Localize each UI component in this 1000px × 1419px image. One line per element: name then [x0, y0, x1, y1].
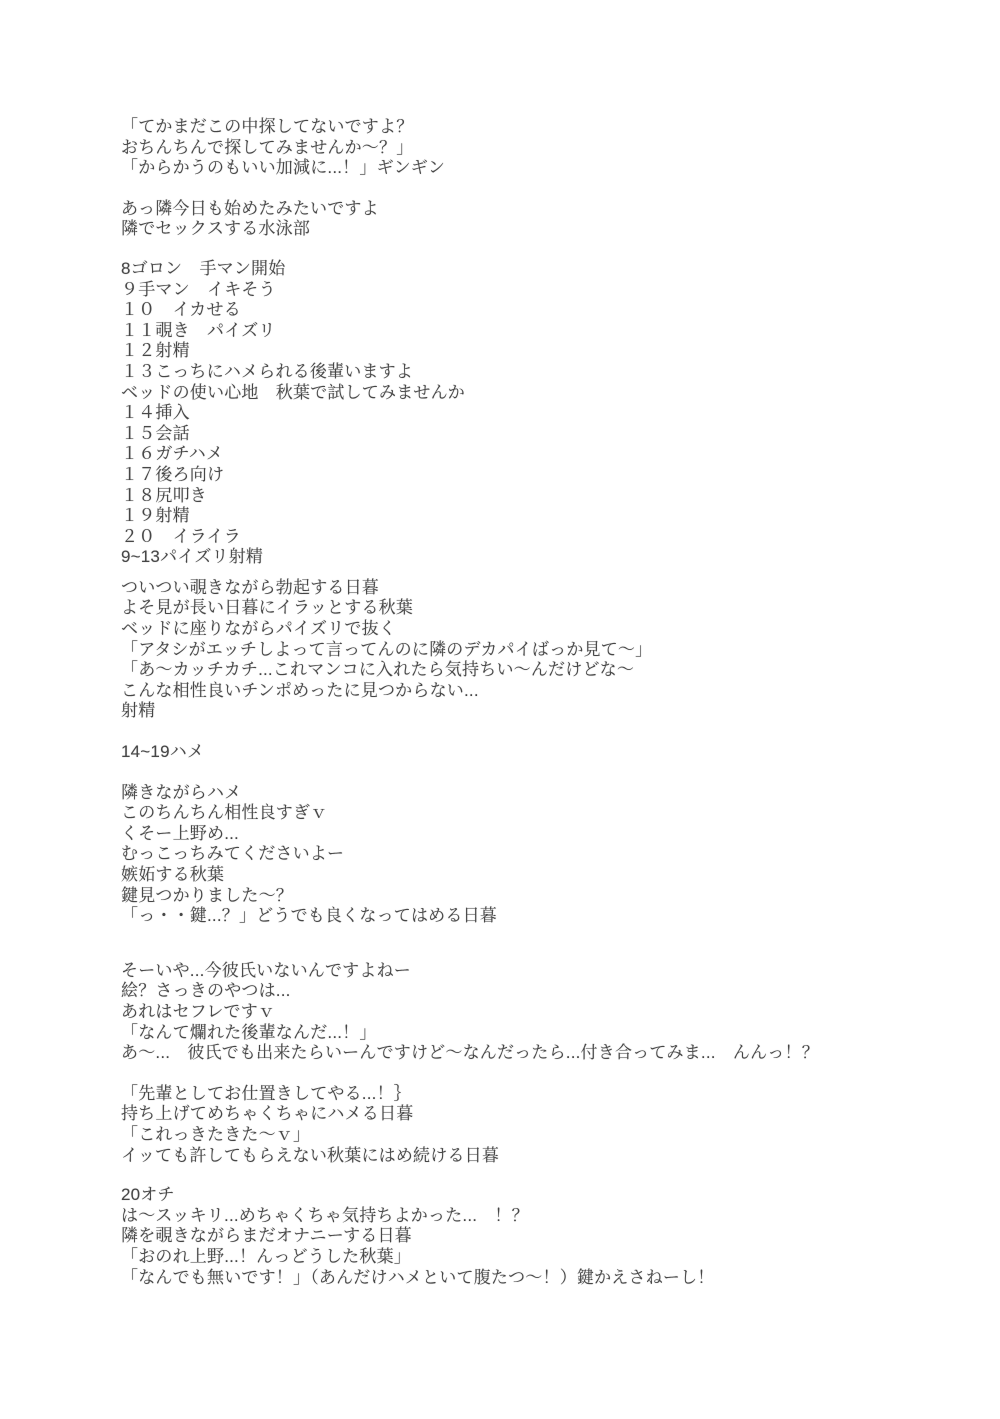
text-line: 「先輩としてお仕置きしてやる...！｝: [121, 1084, 960, 1105]
text-line: は～スッキリ...めちゃくちゃ気持ちよかった... ！？: [121, 1206, 960, 1227]
list-item: １６ガチハメ: [121, 444, 960, 465]
text-line: おちんちんで探してみませんか～？」: [121, 138, 960, 159]
paragraph-boyfriend-talk: そーいや...今彼氏いないんですよねー 絵？さっきのやつは... あれはセフレで…: [121, 961, 960, 1064]
text-line: 射精: [121, 701, 960, 722]
list-item: １１覗き パイズリ: [121, 321, 960, 342]
text-line: 「あ～カッチカチ...これマンコに入れたら気持ちい～んだけどな～: [121, 660, 960, 681]
paragraph-scene-9-13-notes: ついつい覗きながら勃起する日暮 よそ見が長い日暮にイラッとする秋葉 ベッドに座り…: [121, 578, 960, 722]
text-line: 「アタシがエッチしよって言ってんのに隣のデカパイばっか見て～」: [121, 640, 960, 661]
text-line: 嫉妬する秋葉: [121, 865, 960, 886]
text-line: むっこっちみてくださいよー: [121, 844, 960, 865]
list-item: 9~13パイズリ射精: [121, 547, 960, 568]
text-line: 「これっきたきた～ｖ」: [121, 1125, 960, 1146]
paragraph-narration-intro: あっ隣今日も始めたみたいですよ 隣でセックスする水泳部: [121, 199, 960, 240]
list-item: ベッドの使い心地 秋葉で試してみませんか: [121, 383, 960, 404]
paragraph-scene-14-19-notes: 隣きながらハメ このちんちん相性良すぎｖ くそー上野め... むっこっちみてくだ…: [121, 783, 960, 927]
list-item: 8ゴロン 手マン開始: [121, 259, 960, 280]
paragraph-opening-dialogue: 「てかまだこの中探してないですよ？ おちんちんで探してみませんか～？」 「からか…: [121, 117, 960, 179]
text-line: あ～... 彼氏でも出来たらいーんですけど～なんだったら...付き合ってみま..…: [121, 1043, 960, 1064]
text-line: このちんちん相性良すぎｖ: [121, 803, 960, 824]
text-line: 絵？さっきのやつは...: [121, 981, 960, 1002]
text-line: 隣を覗きながらまだオナニーする日暮: [121, 1226, 960, 1247]
paragraph-scene-20-ending: 20オチ は～スッキリ...めちゃくちゃ気持ちよかった... ！？ 隣を覗きなが…: [121, 1185, 960, 1288]
text-line: 隣きながらハメ: [121, 783, 960, 804]
text-line: こんな相性良いチンポめったに見つからない...: [121, 681, 960, 702]
list-item: ２０ イライラ: [121, 527, 960, 548]
paragraph-storyboard-list: 8ゴロン 手マン開始 ９手マン イキそう １０ イカせる １１覗き パイズリ １…: [121, 259, 960, 568]
text-line: あれはセフレですｖ: [121, 1002, 960, 1023]
list-item: １８尻叩き: [121, 486, 960, 507]
text-line: 「てかまだこの中探してないですよ？: [121, 117, 960, 138]
paragraph-scene-14-19-heading: 14~19ハメ: [121, 742, 960, 763]
list-item: １４挿入: [121, 403, 960, 424]
text-line: 持ち上げてめちゃくちゃにハメる日暮: [121, 1104, 960, 1125]
text-line: 「からかうのもいい加減に...！」ギンギン: [121, 158, 960, 179]
text-line: 隣でセックスする水泳部: [121, 219, 960, 240]
text-line: イッても許してもらえない秋葉にはめ続ける日暮: [121, 1146, 960, 1167]
list-item: １０ イカせる: [121, 300, 960, 321]
text-content: 「てかまだこの中探してないですよ？ おちんちんで探してみませんか～？」 「からか…: [121, 117, 960, 1288]
list-item: ９手マン イキそう: [121, 280, 960, 301]
text-line: 鍵見つかりました～？: [121, 886, 960, 907]
text-line: そーいや...今彼氏いないんですよねー: [121, 961, 960, 982]
text-line: くそー上野め...: [121, 824, 960, 845]
text-line: 「なんでも無いです！」（あんだけハメといて腹たつ～！）鍵かえさねーし！: [121, 1268, 960, 1289]
list-item: １５会話: [121, 424, 960, 445]
text-line: 「なんて爛れた後輩なんだ...！」: [121, 1023, 960, 1044]
text-line: ベッドに座りながらパイズリで抜く: [121, 619, 960, 640]
text-line: ついつい覗きながら勃起する日暮: [121, 578, 960, 599]
list-item: １９射精: [121, 506, 960, 527]
paragraph-punishment-notes: 「先輩としてお仕置きしてやる...！｝ 持ち上げてめちゃくちゃにハメる日暮 「こ…: [121, 1084, 960, 1166]
text-line: 「おのれ上野...！んっどうした秋葉」: [121, 1247, 960, 1268]
section-heading: 20オチ: [121, 1185, 960, 1206]
text-line: よそ見が長い日暮にイラッとする秋葉: [121, 598, 960, 619]
document-page: 「てかまだこの中探してないですよ？ おちんちんで探してみませんか～？」 「からか…: [0, 0, 1000, 1419]
section-heading: 14~19ハメ: [121, 742, 960, 763]
list-item: １３こっちにハメられる後輩いますよ: [121, 362, 960, 383]
text-line: あっ隣今日も始めたみたいですよ: [121, 199, 960, 220]
list-item: １７後ろ向け: [121, 465, 960, 486]
list-item: １２射精: [121, 341, 960, 362]
text-line: 「っ・・鍵...？」どうでも良くなってはめる日暮: [121, 906, 960, 927]
